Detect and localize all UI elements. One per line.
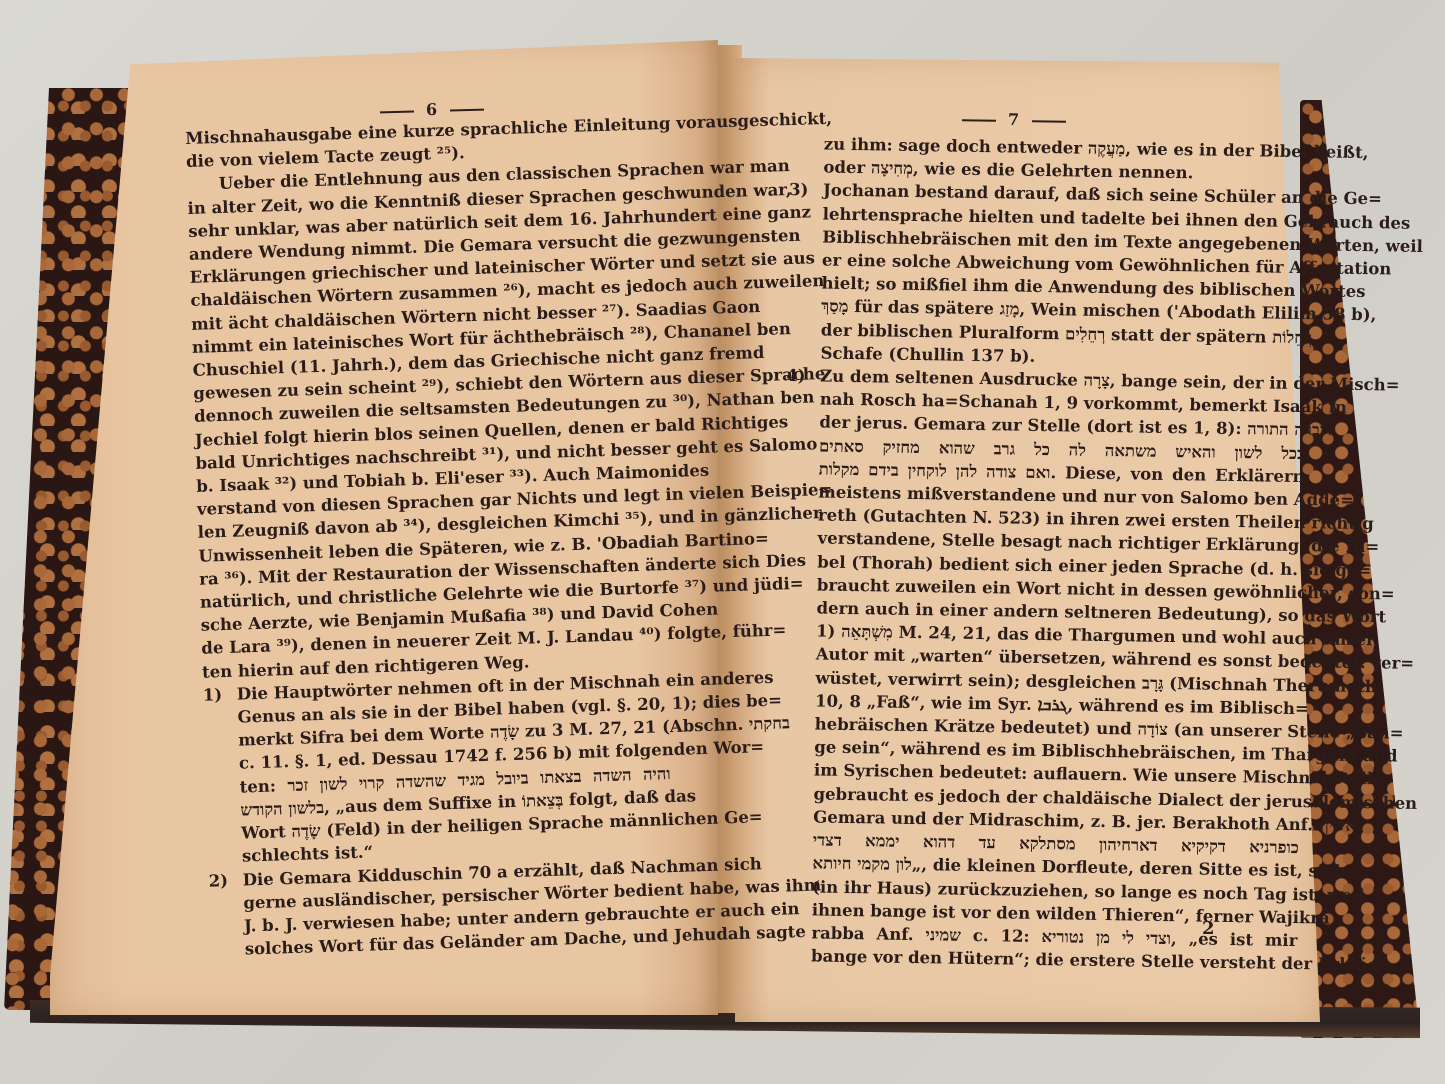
signature-mark: 2 (1202, 918, 1215, 939)
numbered-item-2: 2) Die Gemara Kidduschin 70 a erzählt, d… (208, 855, 676, 962)
folio-dash (1032, 120, 1066, 122)
right-page-number: 7 (950, 109, 1078, 130)
right-page-body: zu ihm: sage doch entweder מַעֲקֶה, wie … (777, 132, 1310, 975)
item-number: 3) (789, 178, 809, 202)
page-number-7: 7 (1008, 110, 1020, 129)
continuation: zu ihm: sage doch entweder מַעֲקֶה, wie … (789, 132, 1310, 187)
item-number: 4) (786, 364, 806, 388)
numbered-item-1: 1) Die Hauptwörter nehmen oft in der Mis… (202, 669, 673, 869)
folio-dash (962, 119, 996, 121)
folio-dash (380, 110, 414, 113)
page-number-6: 6 (426, 100, 439, 119)
open-book: 6 7 Mischnahausgabe eine kurze sprachlic… (0, 0, 1445, 1084)
numbered-item-3: 3) Jochanan bestand darauf, daß sich sei… (786, 178, 1309, 372)
item-number: 1) (202, 683, 222, 707)
left-page-body: Mischnahausgabe eine kurze sprachliche E… (185, 112, 676, 962)
folio-dash (450, 108, 484, 111)
numbered-item-4: 4) Zu dem seltenen Ausdrucke צָרָה, bang… (777, 364, 1306, 975)
item-number: 2) (208, 869, 228, 893)
